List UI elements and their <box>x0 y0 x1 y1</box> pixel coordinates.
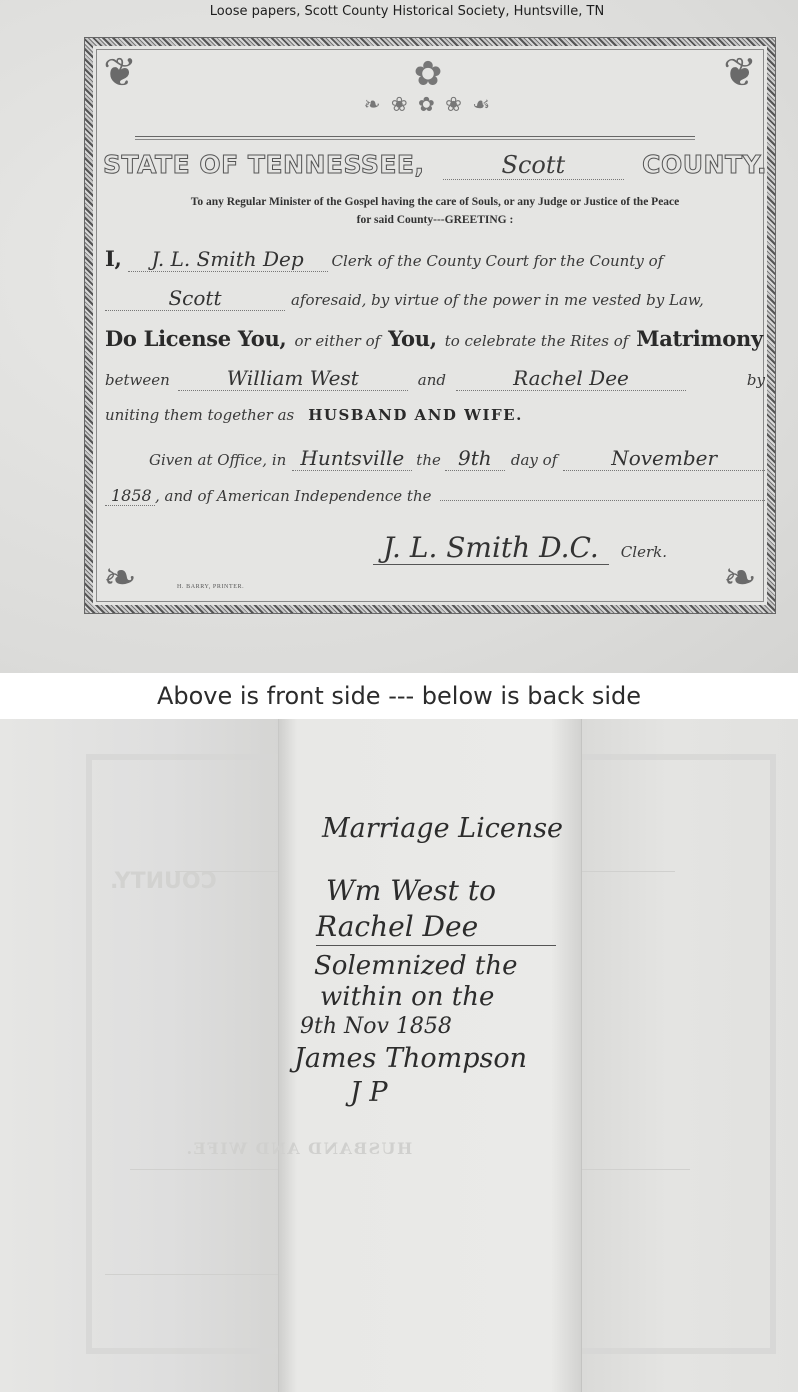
front-side-photo: Loose papers, Scott County Historical So… <box>0 0 798 673</box>
place-handwritten: Huntsville <box>292 446 412 471</box>
marriage-license-certificate: ❦ ❦ ❧ ❧ ✿ ❧ ❀ ✿ ❀ ☙ STATE OF TENNESSEE, … <box>84 37 776 614</box>
corner-scroll-ornament-icon: ❦ <box>715 48 765 98</box>
front-back-separator-caption: Above is front side --- below is back si… <box>0 673 798 719</box>
by-label: by <box>747 371 765 389</box>
clerk-signature-handwritten: J. L. Smith D.C. <box>373 531 609 565</box>
state-label: STATE OF TENNESSEE, <box>103 150 425 179</box>
endorsement-within: within on the <box>320 982 590 1012</box>
clerk-title: Clerk. <box>621 543 667 561</box>
license-line: Do License You, or either of You, to cel… <box>105 326 765 356</box>
do-license-you: Do License You, <box>105 326 286 351</box>
husband-and-wife-label: HUSBAND AND WIFE. <box>308 406 523 424</box>
given-at-office-text: Given at Office, in <box>149 451 286 469</box>
clerk-text: Clerk of the County Court for the County… <box>332 252 664 270</box>
year-line: 1858 , and of American Independence the <box>105 486 765 516</box>
month-handwritten: November <box>563 446 765 471</box>
clerk-line: I, J. L. Smith Dep Clerk of the County C… <box>105 246 765 276</box>
endorsement-groom: Wm West to <box>326 873 590 909</box>
county-label: COUNTY. <box>642 150 767 179</box>
bride-name-handwritten: Rachel Dee <box>456 366 686 391</box>
clerk-name-handwritten: J. L. Smith Dep <box>128 247 328 272</box>
independence-year-field <box>440 500 766 501</box>
aforesaid-text: aforesaid, by virtue of the power in me … <box>291 291 704 309</box>
corner-scroll-ornament-icon: ❧ <box>95 553 145 603</box>
bleed-through-county-text: COUNTY. <box>110 869 217 894</box>
rites-text: to celebrate the Rites of <box>445 332 629 350</box>
endorsement-title: Marriage License <box>322 809 590 849</box>
year-handwritten: 1858 <box>105 486 155 506</box>
greeting-line-1: To any Regular Minister of the Gospel ha… <box>103 196 767 208</box>
i-label: I, <box>105 246 122 271</box>
between-label: between <box>105 371 170 389</box>
parties-line: between William West and Rachel Dee by <box>105 366 765 396</box>
endorsement-officiant-title: J P <box>350 1076 590 1110</box>
groom-name-handwritten: William West <box>178 366 408 391</box>
endorsement-officiant: James Thompson <box>294 1042 590 1076</box>
back-side-photo: COUNTY. HUSBAND AND WIFE. Marriage Licen… <box>0 719 798 1392</box>
corner-scroll-ornament-icon: ❧ <box>715 553 765 603</box>
certificate-heading: STATE OF TENNESSEE, Scott COUNTY. <box>103 150 767 186</box>
uniting-text: uniting them together as <box>105 406 294 424</box>
endorsement-bride: Rachel Dee <box>316 909 556 946</box>
county-line: Scott aforesaid, by virtue of the power … <box>105 286 765 316</box>
printer-imprint: H. BARRY, PRINTER. <box>177 584 244 590</box>
uniting-line: uniting them together as HUSBAND AND WIF… <box>105 406 765 436</box>
you-label: You, <box>388 326 437 351</box>
the-label: the <box>416 451 441 469</box>
endorsement-solemnized: Solemnized the <box>314 950 590 982</box>
bleed-through-husband-wife: HUSBAND AND WIFE. <box>185 1139 412 1158</box>
day-handwritten: 9th <box>445 446 505 471</box>
day-of-label: day of <box>511 451 557 469</box>
given-line: Given at Office, in Huntsville the 9th d… <box>105 446 765 476</box>
greeting-line-2: for said County---GREETING : <box>103 214 767 226</box>
independence-text: , and of American Independence the <box>155 487 432 505</box>
or-either-of: or either of <box>294 332 380 350</box>
floral-ornament-icon: ✿ ❧ ❀ ✿ ❀ ☙ <box>308 56 548 131</box>
corner-scroll-ornament-icon: ❦ <box>95 48 145 98</box>
county-field-handwritten: Scott <box>443 151 625 180</box>
double-rule-divider <box>135 136 695 140</box>
matrimony-label: Matrimony <box>636 326 763 351</box>
back-endorsement-handwritten: Marriage License Wm West to Rachel Dee S… <box>290 809 590 1110</box>
archive-caption: Loose papers, Scott County Historical So… <box>0 4 798 19</box>
and-label: and <box>418 371 446 389</box>
endorsement-date: 9th Nov 1858 <box>300 1012 590 1042</box>
clerk-signature-block: J. L. Smith D.C. Clerk. <box>373 531 693 571</box>
county-handwritten: Scott <box>105 286 285 311</box>
